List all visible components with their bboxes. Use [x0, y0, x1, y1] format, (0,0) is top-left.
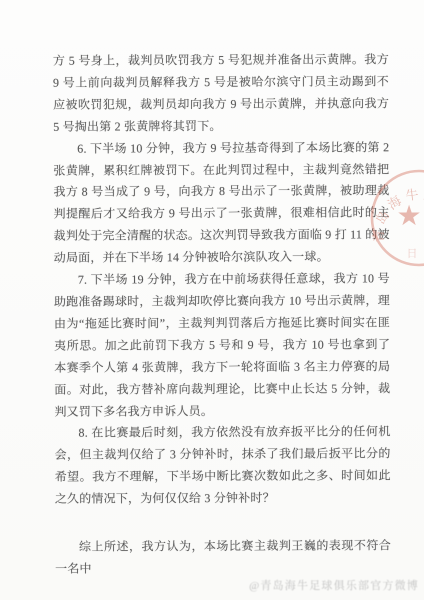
document-page: 方 5 号身上，裁判员吹罚我方 5 号犯规并准备出示黄牌。我方 9 号上前向裁判…: [0, 0, 424, 600]
paragraph-item-8: 8. 在比赛最后时刻，我方依然没有放弃扳平比分的任何机会，但主裁判仅给了 3 分…: [54, 422, 390, 511]
letter-body: 方 5 号身上，裁判员吹罚我方 5 号犯规并准备出示黄牌。我方 9 号上前向裁判…: [53, 49, 391, 580]
paragraph-item-7: 7. 下半场 19 分钟，我方在中前场获得任意球，我方 10 号助跑准备踢球时，…: [54, 268, 391, 423]
seal-inner-mark: 日: [407, 247, 418, 260]
paragraph-closing: 综上所述，我方认为，本场比赛主裁判王巍的表现不符合一名中: [55, 535, 391, 580]
seal-star-icon: ★: [396, 201, 421, 232]
paragraph-item-6: 6. 下半场 10 分钟，我方 9 号拉基奇得到了本场比赛的第 2 张黄牌，累积…: [53, 137, 390, 270]
weibo-watermark: @青岛海牛足球俱乐部官方微博: [249, 577, 419, 593]
paragraph-continued: 方 5 号身上，裁判员吹罚我方 5 号犯规并准备出示黄牌。我方 9 号上前向裁判…: [53, 49, 389, 138]
